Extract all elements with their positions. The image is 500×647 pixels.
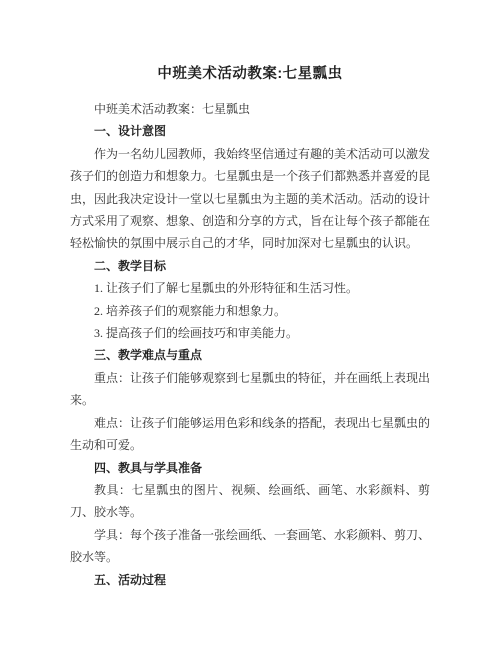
list-item-goal-2: 2. 培养孩子们的观察能力和想象力。 <box>70 300 430 322</box>
document-page: 中班美术活动教案:七星瓢虫 中班美术活动教案：七星瓢虫 一、设计意图 作为一名幼… <box>0 0 500 647</box>
list-item-goal-3: 3. 提高孩子们的绘画技巧和审美能力。 <box>70 322 430 344</box>
heading-difficulty-and-focus: 三、教学难点与重点 <box>70 344 430 366</box>
para-student-aids: 学具：每个孩子准备一张绘画纸、一套画笔、水彩颜料、剪刀、胶水等。 <box>70 524 430 569</box>
document-title: 中班美术活动教案:七星瓢虫 <box>70 63 430 85</box>
para-focus: 重点：让孩子们能够观察到七星瓢虫的特征，并在画纸上表现出来。 <box>70 367 430 412</box>
document-content: 中班美术活动教案:七星瓢虫 中班美术活动教案：七星瓢虫 一、设计意图 作为一名幼… <box>0 0 500 591</box>
para-difficulty: 难点：让孩子们能够运用色彩和线条的搭配，表现出七星瓢虫的生动和可爱。 <box>70 412 430 457</box>
list-item-goal-1: 1. 让孩子们了解七星瓢虫的外形特征和生活习性。 <box>70 277 430 299</box>
heading-design-intent: 一、设计意图 <box>70 120 430 142</box>
heading-teaching-goals: 二、教学目标 <box>70 255 430 277</box>
para-design-intent: 作为一名幼儿园教师，我始终坚信通过有趣的美术活动可以激发孩子们的创造力和想象力。… <box>70 143 430 255</box>
heading-activity-process: 五、活动过程 <box>70 569 430 591</box>
para-teaching-aids: 教具：七星瓢虫的图片、视频、绘画纸、画笔、水彩颜料、剪刀、胶水等。 <box>70 479 430 524</box>
intro-line: 中班美术活动教案：七星瓢虫 <box>70 98 430 120</box>
heading-materials-preparation: 四、教具与学具准备 <box>70 457 430 479</box>
